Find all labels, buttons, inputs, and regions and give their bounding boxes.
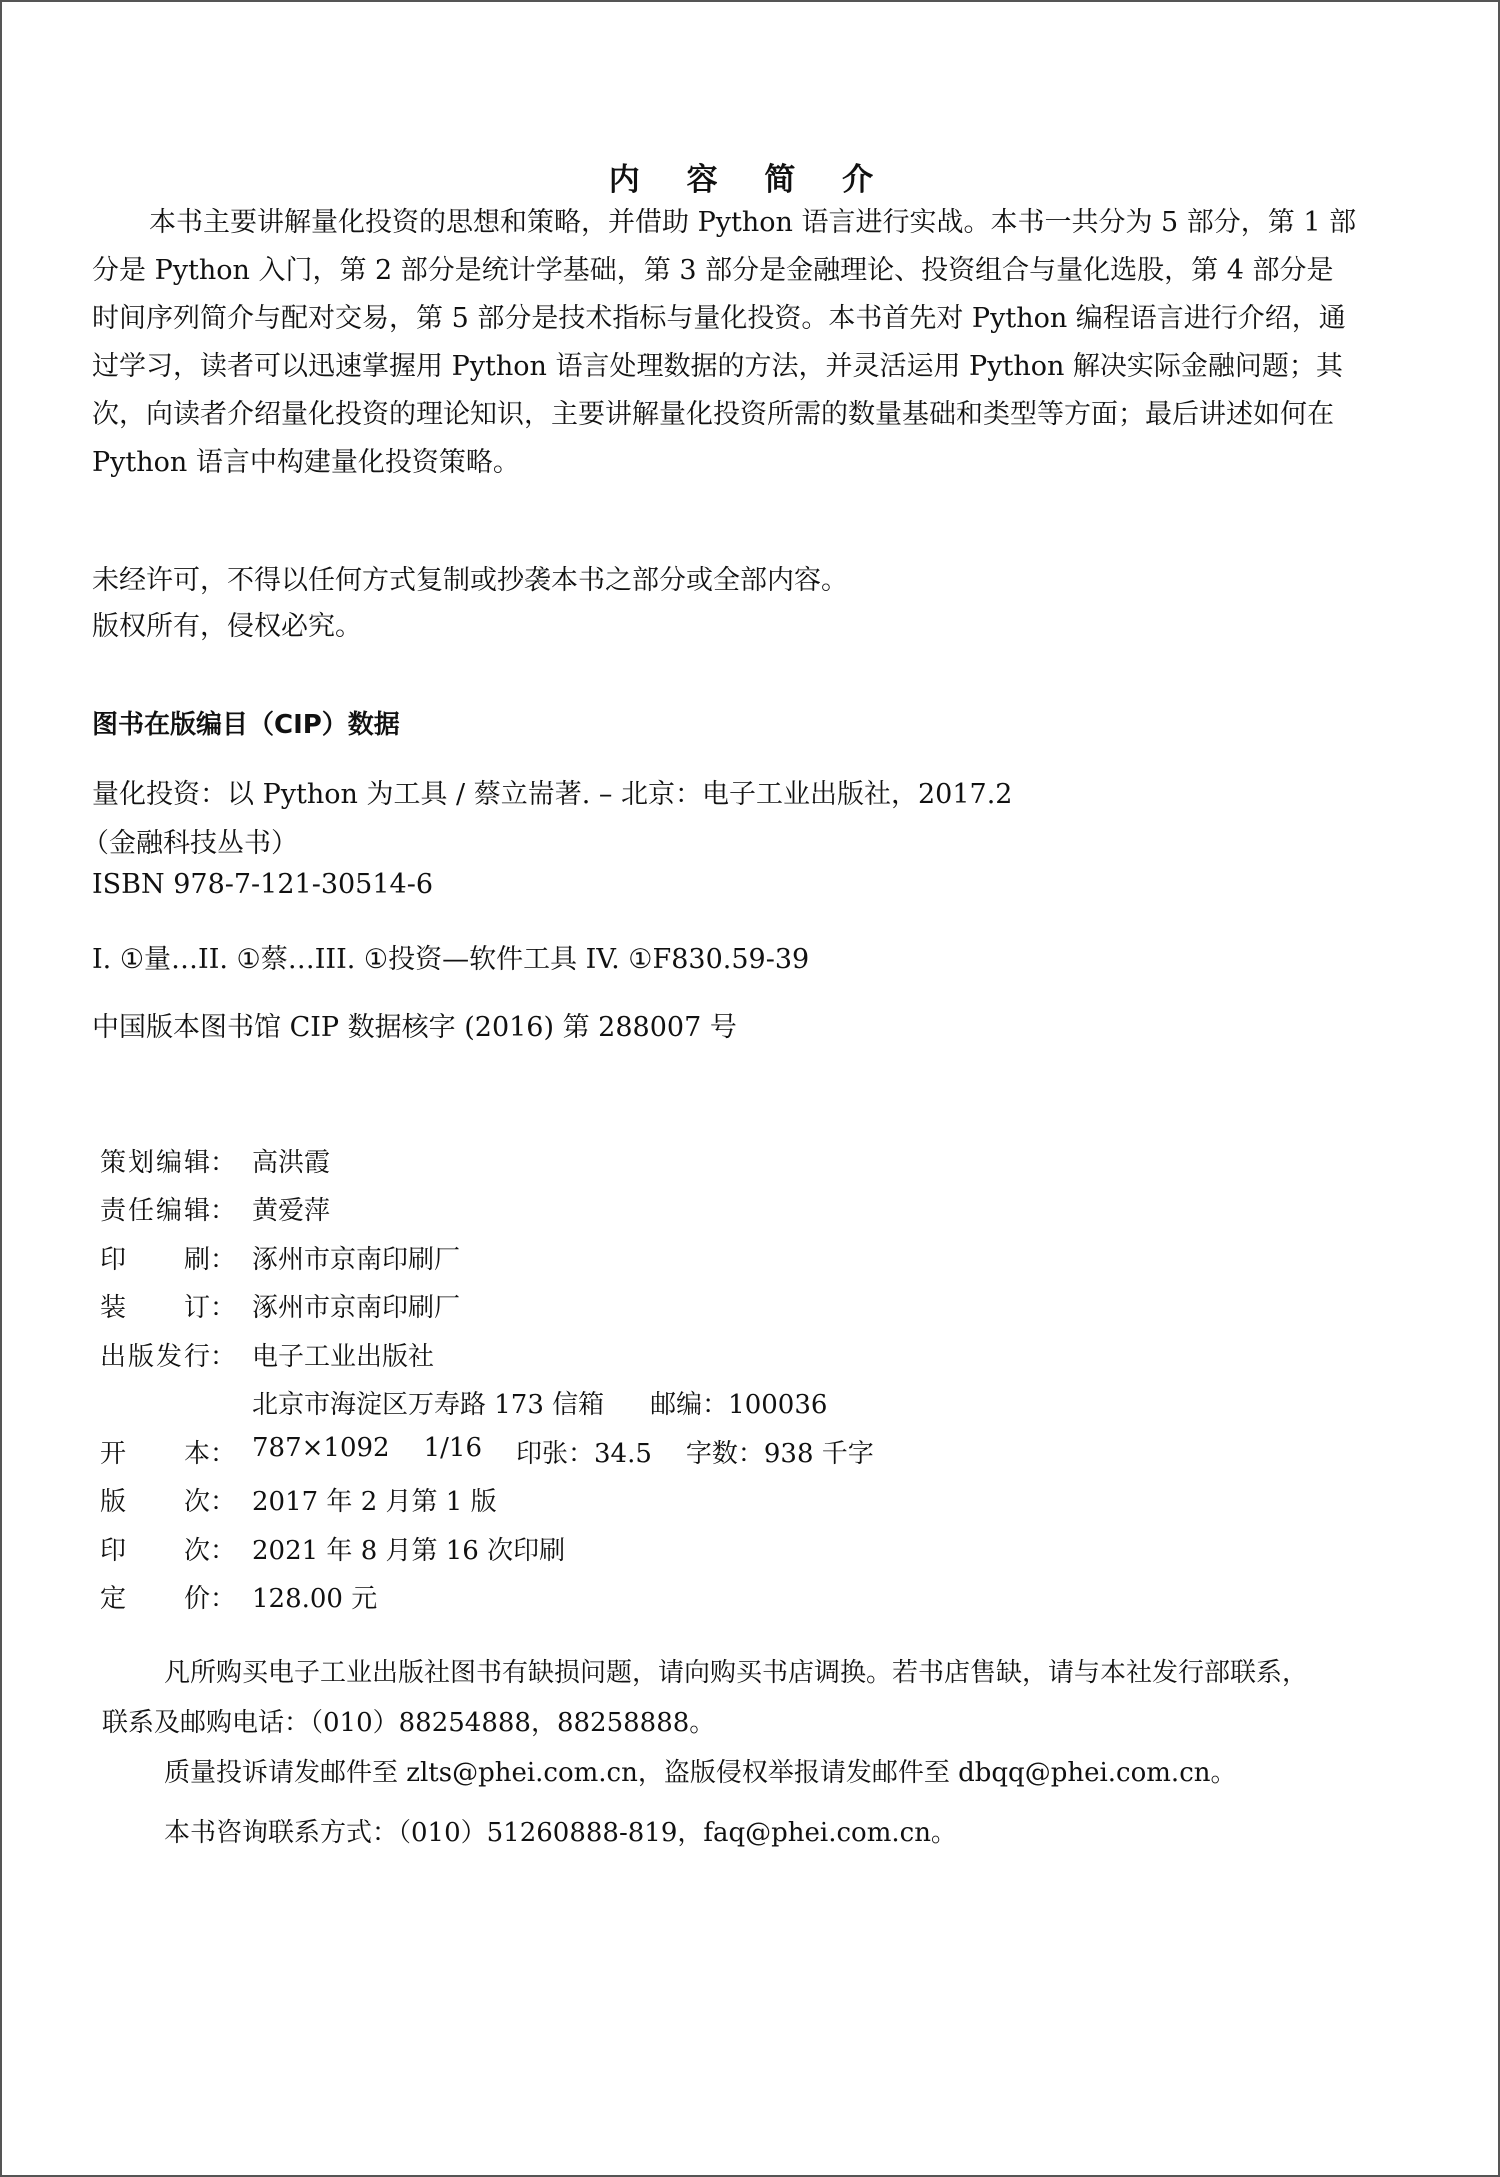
credit-value: 高洪霞 <box>252 1142 330 1179</box>
page-title: 内 容 简 介 <box>2 154 1498 199</box>
credit-value: 128.00 元 <box>252 1578 377 1615</box>
credit-row-address: 北京市海淀区万寿路 173 信箱 邮编：100036 <box>100 1379 874 1428</box>
credit-colon: ： <box>210 1190 252 1227</box>
credit-value: 涿州市京南印刷厂 <box>252 1239 460 1276</box>
credit-row-impression: 印次 ： 2021 年 8 月第 16 次印刷 <box>100 1524 874 1573</box>
credit-colon: ： <box>210 1239 252 1276</box>
credit-colon: ： <box>210 1578 252 1615</box>
intro-line: 本书主要讲解量化投资的思想和策略，并借助 Python 语言进行实战。本书一共分… <box>92 199 1442 247</box>
postal-code: 邮编：100036 <box>650 1384 827 1421</box>
intro-line: 时间序列简介与配对交易，第 5 部分是技术指标与量化投资。本书首先对 Pytho… <box>92 295 1442 343</box>
price: 128.00 元 <box>252 1578 377 1615</box>
footer-line-defect-notice: 凡所购买电子工业出版社图书有缺损问题，请向购买书店调换。若书店售缺，请与本社发行… <box>164 1652 1308 1689</box>
copyright-notice: 未经许可，不得以任何方式复制或抄袭本书之部分或全部内容。 版权所有，侵权必究。 <box>92 558 848 650</box>
cip-title-line: 量化投资：以 Python 为工具 / 蔡立耑著. – 北京：电子工业出版社，2… <box>92 772 1012 811</box>
credit-label: 印次 <box>100 1530 210 1567</box>
credit-value: 黄爱萍 <box>252 1190 330 1227</box>
credit-colon: ： <box>210 1481 252 1518</box>
credits-table: 策划编辑 ： 高洪霞 责任编辑 ： 黄爱萍 印刷 ： 涿州市京南印刷厂 装订 ：… <box>100 1136 874 1621</box>
credit-label: 印刷 <box>100 1239 210 1276</box>
credit-row-format: 开本 ： 787×1092 1/16 印张：34.5 字数：938 千字 <box>100 1427 874 1476</box>
credit-value: 2017 年 2 月第 1 版 <box>252 1481 497 1518</box>
footer-line-phone: 联系及邮购电话：（010）88254888，88258888。 <box>102 1702 715 1739</box>
credit-row-responsible-editor: 责任编辑 ： 黄爱萍 <box>100 1185 874 1234</box>
credit-value: 787×1092 1/16 印张：34.5 字数：938 千字 <box>252 1433 874 1470</box>
credit-row-publisher: 出版发行 ： 电子工业出版社 <box>100 1330 874 1379</box>
credit-colon: ： <box>210 1530 252 1567</box>
footer-line-email: 质量投诉请发邮件至 zlts@phei.com.cn，盗版侵权举报请发邮件至 d… <box>164 1752 1237 1789</box>
credit-row-printing: 印刷 ： 涿州市京南印刷厂 <box>100 1233 874 1282</box>
cip-heading: 图书在版编目（CIP）数据 <box>92 704 400 741</box>
intro-line: 分是 Python 入门，第 2 部分是统计学基础，第 3 部分是金融理论、投资… <box>92 247 1442 295</box>
cip-record-number: 中国版本图书馆 CIP 数据核字 (2016) 第 288007 号 <box>92 1005 737 1044</box>
credit-value: 电子工业出版社 <box>252 1336 434 1373</box>
credit-row-edition: 版次 ： 2017 年 2 月第 1 版 <box>100 1476 874 1525</box>
format-fraction: 1/16 <box>424 1433 482 1470</box>
credit-row-binding: 装订 ： 涿州市京南印刷厂 <box>100 1282 874 1331</box>
cip-isbn: ISBN 978-7-121-30514-6 <box>92 869 433 900</box>
intro-line: 过学习，读者可以迅速掌握用 Python 语言处理数据的方法，并灵活运用 Pyt… <box>92 343 1442 391</box>
paper-size: 787×1092 <box>252 1433 390 1470</box>
credit-label: 出版发行 <box>100 1336 210 1373</box>
credit-value: 涿州市京南印刷厂 <box>252 1287 460 1324</box>
copyright-page: 内 容 简 介 本书主要讲解量化投资的思想和策略，并借助 Python 语言进行… <box>0 0 1500 2177</box>
credit-label: 定价 <box>100 1578 210 1615</box>
word-count: 字数：938 千字 <box>686 1433 874 1470</box>
notice-line: 未经许可，不得以任何方式复制或抄袭本书之部分或全部内容。 <box>92 558 848 604</box>
credit-colon: ： <box>210 1142 252 1179</box>
credit-label: 责任编辑 <box>100 1190 210 1227</box>
publisher-address: 北京市海淀区万寿路 173 信箱 <box>252 1384 604 1421</box>
credit-row-planning-editor: 策划编辑 ： 高洪霞 <box>100 1136 874 1185</box>
credit-label: 开本 <box>100 1433 210 1470</box>
footer-line-contact: 本书咨询联系方式：（010）51260888-819，faq@phei.com.… <box>164 1812 957 1849</box>
credit-colon: ： <box>210 1433 252 1470</box>
credit-label: 版次 <box>100 1481 210 1518</box>
credit-label: 策划编辑 <box>100 1142 210 1179</box>
printed-sheets: 印张：34.5 <box>516 1433 652 1470</box>
intro-line: Python 语言中构建量化投资策略。 <box>92 439 1442 487</box>
credit-value: 2021 年 8 月第 16 次印刷 <box>252 1530 565 1567</box>
intro-line: 次，向读者介绍量化投资的理论知识，主要讲解量化投资所需的数量基础和类型等方面；最… <box>92 391 1442 439</box>
notice-line: 版权所有，侵权必究。 <box>92 604 848 650</box>
credit-colon: ： <box>210 1287 252 1324</box>
credit-label: 装订 <box>100 1287 210 1324</box>
intro-paragraph: 本书主要讲解量化投资的思想和策略，并借助 Python 语言进行实战。本书一共分… <box>92 199 1442 487</box>
credit-colon: ： <box>210 1336 252 1373</box>
credit-row-price: 定价 ： 128.00 元 <box>100 1573 874 1622</box>
cip-series: （金融科技丛书） <box>82 821 298 860</box>
cip-classification: I. ①量…II. ①蔡…III. ①投资—软件工具 IV. ①F830.59-… <box>92 937 809 976</box>
credit-value: 北京市海淀区万寿路 173 信箱 邮编：100036 <box>252 1384 827 1421</box>
